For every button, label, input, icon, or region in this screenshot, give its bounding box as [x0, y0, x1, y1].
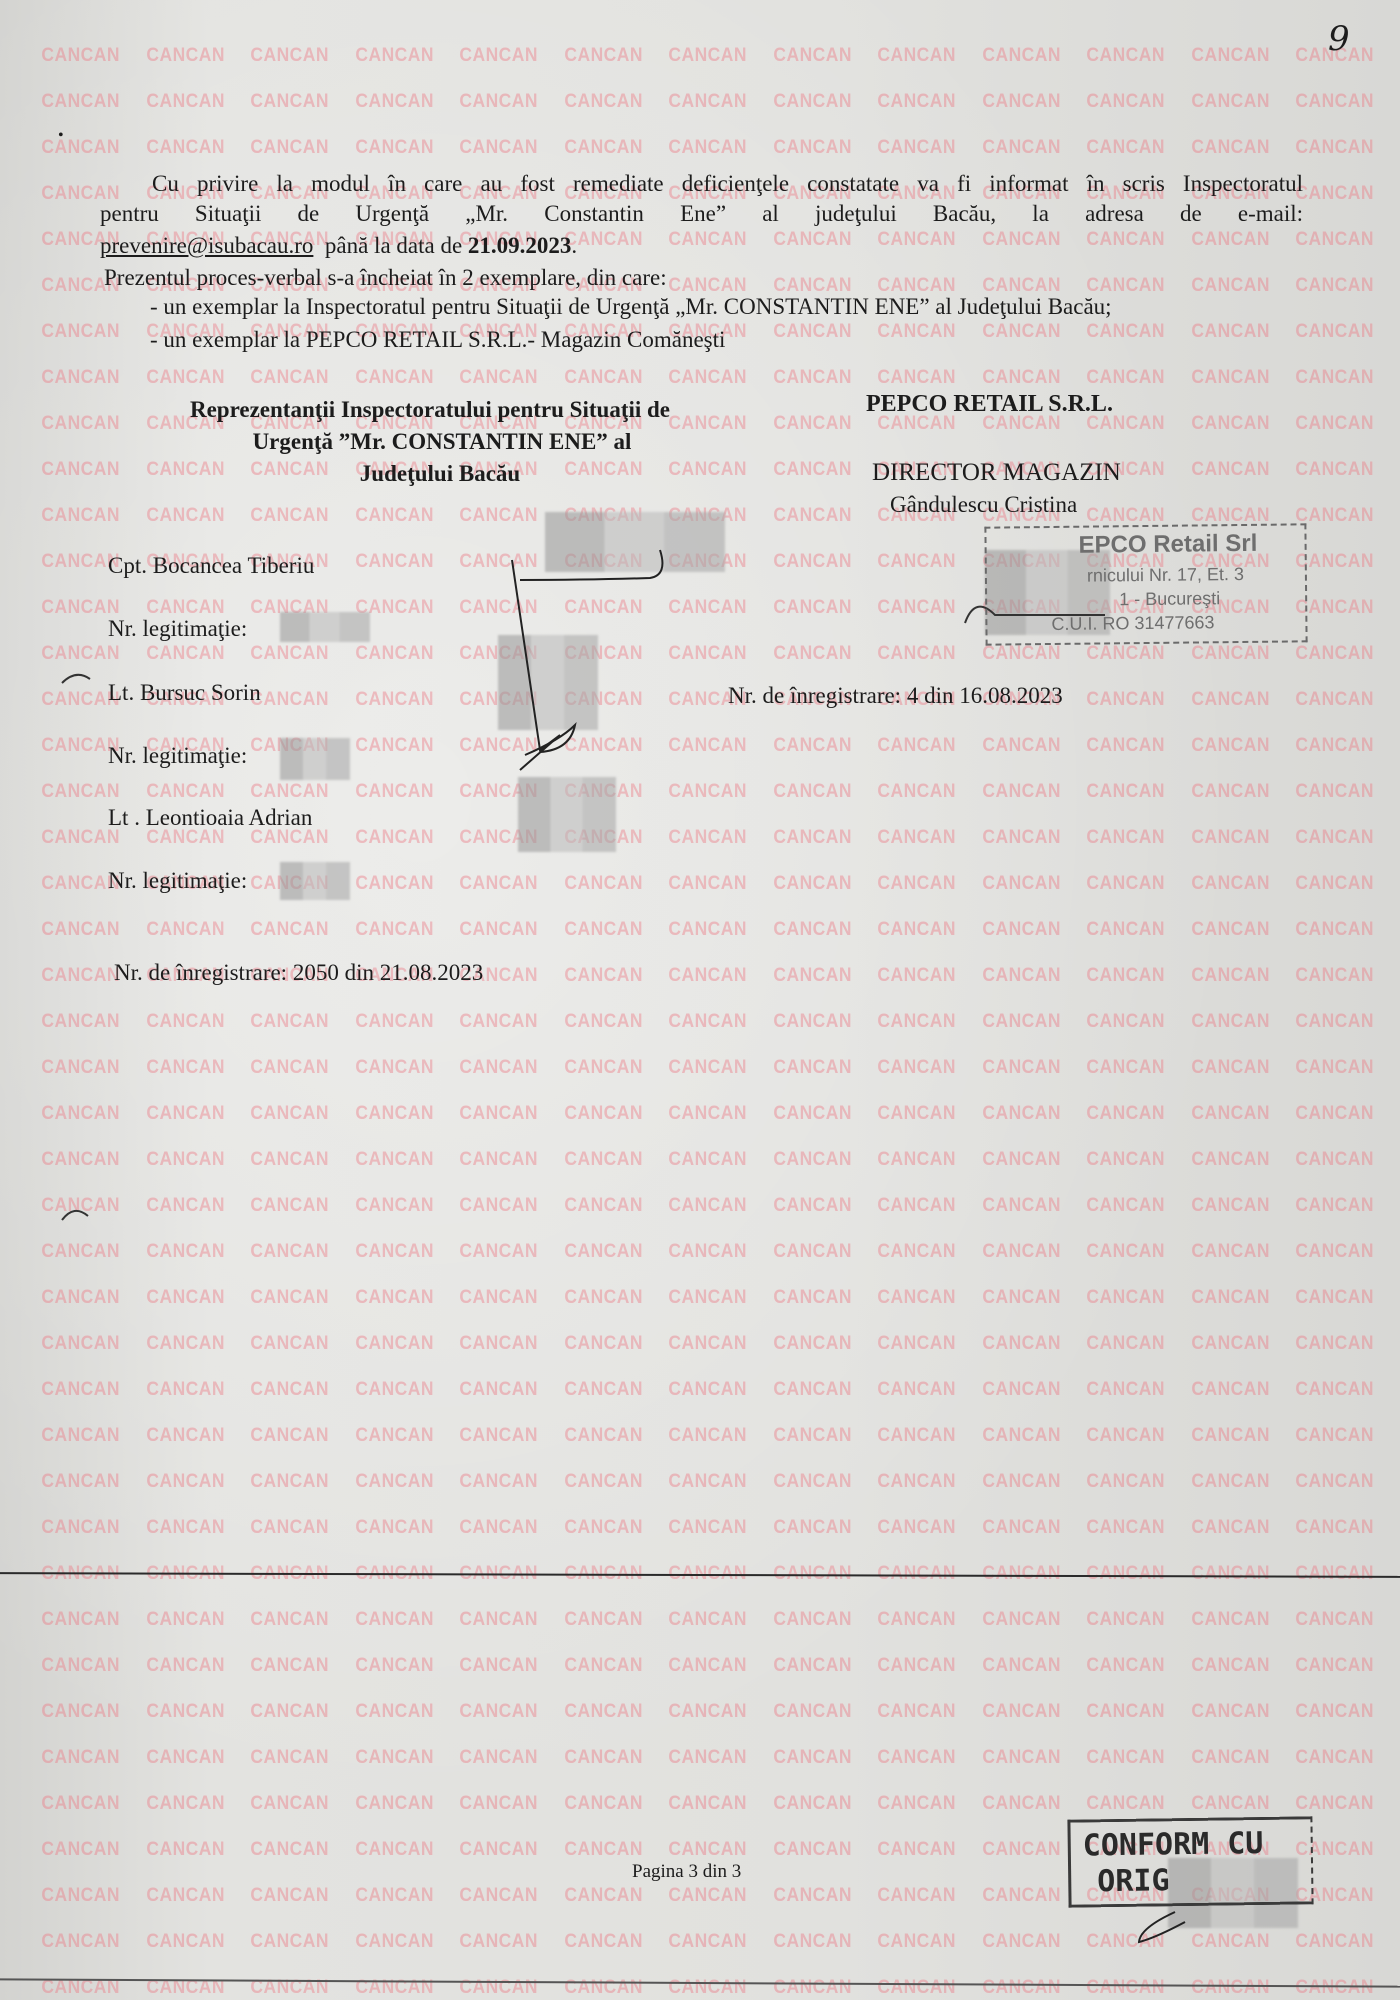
representative-2-name: Lt. Bursuc Sorin: [108, 681, 261, 704]
heading-line-3: Judeţului Bacău: [110, 458, 750, 490]
representative-3-name: Lt . Leontioaia Adrian: [108, 806, 312, 829]
inspectorate-heading: Reprezentanţii Inspectoratului pentru Si…: [110, 394, 750, 490]
representative-3-id-label: Nr. legitimaţie:: [108, 869, 247, 892]
heading-line-1: Reprezentanţii Inspectoratului pentru Si…: [110, 394, 750, 426]
email-link[interactable]: prevenire@isubacau.ro: [100, 233, 313, 258]
stamp-line-2: rnicului Nr. 17, Et. 3: [1087, 564, 1244, 587]
page-number: Pagina 3 din 3: [632, 1862, 741, 1881]
handwritten-page-marker: 9: [1328, 22, 1350, 56]
redacted-id-2: [280, 738, 350, 780]
stamp-line-4: C.U.I. RO 31477663: [1051, 612, 1214, 635]
paragraph-line-1: Cu privire la modul în care au fost reme…: [152, 172, 1303, 195]
redacted-id-3: [280, 862, 350, 900]
company-role: DIRECTOR MAGAZIN: [872, 460, 1121, 485]
representative-1-name: Cpt. Bocancea Tiberiu: [108, 554, 314, 577]
stamp-line-3: 1 - Bucureşti: [1119, 588, 1220, 610]
conform-line-1: CONFORM CU: [1083, 1826, 1264, 1864]
dot-mark: •: [58, 128, 64, 144]
margin-mark-1: [58, 665, 98, 705]
heading-line-2: Urgenţă ”Mr. CONSTANTIN ENE” al: [110, 426, 750, 458]
company-name: PEPCO RETAIL S.R.L.: [866, 392, 1113, 416]
company-stamp: EPCO Retail Srl rnicului Nr. 17, Et. 3 1…: [984, 523, 1307, 645]
redacted-signature-3: [518, 777, 616, 852]
deadline-prefix: până la data de: [325, 233, 462, 258]
copy-item-1: - un exemplar la Inspectoratul pentru Si…: [150, 295, 1112, 318]
paragraph-line-2: pentru Situaţii de Urgenţă „Mr. Constant…: [100, 202, 1303, 225]
margin-mark-2: [58, 1200, 98, 1230]
deadline-date: 21.09.2023: [468, 233, 572, 258]
stamp-line-1: EPCO Retail Srl: [1078, 530, 1257, 560]
stamp-signature-stroke: [1135, 1908, 1195, 1948]
inspectorate-registration: Nr. de înregistrare: 2050 din 21.08.2023: [114, 961, 483, 984]
representative-2-id-label: Nr. legitimaţie:: [108, 744, 247, 767]
company-person: Gândulescu Cristina: [890, 493, 1077, 516]
redacted-id-1: [280, 612, 370, 642]
conform-stamp: CONFORM CU ORIG: [1067, 1816, 1313, 1907]
copy-item-2: - un exemplar la PEPCO RETAIL S.R.L.- Ma…: [150, 328, 725, 351]
conform-line-2: ORIG: [1097, 1863, 1170, 1899]
copies-intro: Prezentul proces-verbal s-a încheiat în …: [104, 266, 667, 289]
representative-1-id-label: Nr. legitimaţie:: [108, 617, 247, 640]
company-registration: Nr. de înregistrare: 4 din 16.08.2023: [728, 684, 1063, 707]
deadline-line: prevenire@isubacau.ro până la data de 21…: [100, 234, 577, 257]
signature-stroke-2: [520, 720, 600, 760]
